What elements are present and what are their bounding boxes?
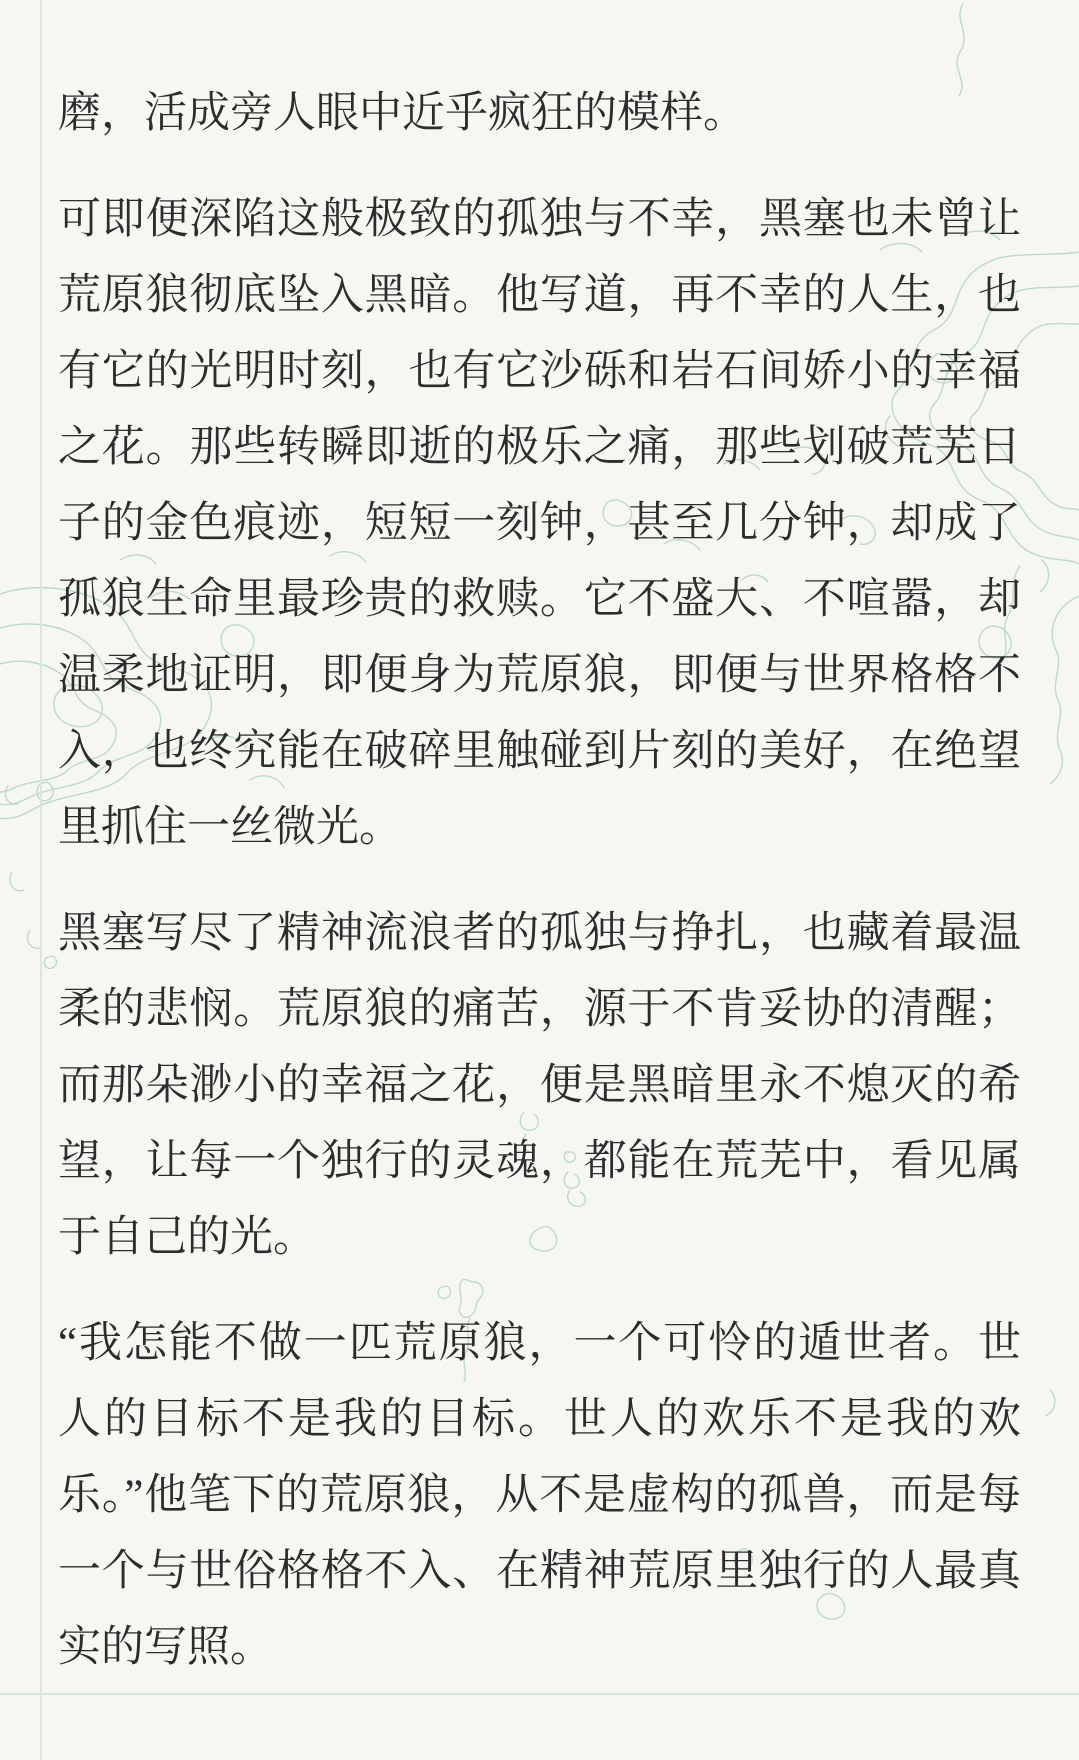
article-text: 磨，活成旁人眼中近乎疯狂的模样。 可即便深陷这般极致的孤独与不幸，黑塞也未曾让荒… xyxy=(58,76,1021,1686)
section-divider-line xyxy=(0,1693,1079,1695)
paragraph-3: 黑塞写尽了精神流浪者的孤独与挣扎，也藏着最温柔的悲悯。荒原狼的痛苦，源于不肯妥协… xyxy=(58,896,1021,1276)
left-margin-line xyxy=(40,0,42,1760)
paragraph-2: 可即便深陷这般极致的孤独与不幸，黑塞也未曾让荒原狼彻底坠入黑暗。他写道，再不幸的… xyxy=(58,182,1021,866)
reader-page: 磨，活成旁人眼中近乎疯狂的模样。 可即便深陷这般极致的孤独与不幸，黑塞也未曾让荒… xyxy=(0,0,1079,1760)
paragraph-4: “我怎能不做一匹荒原狼，一个可怜的遁世者。世人的目标不是我的目标。世人的欢乐不是… xyxy=(58,1306,1021,1686)
paragraph-1: 磨，活成旁人眼中近乎疯狂的模样。 xyxy=(58,76,1021,152)
